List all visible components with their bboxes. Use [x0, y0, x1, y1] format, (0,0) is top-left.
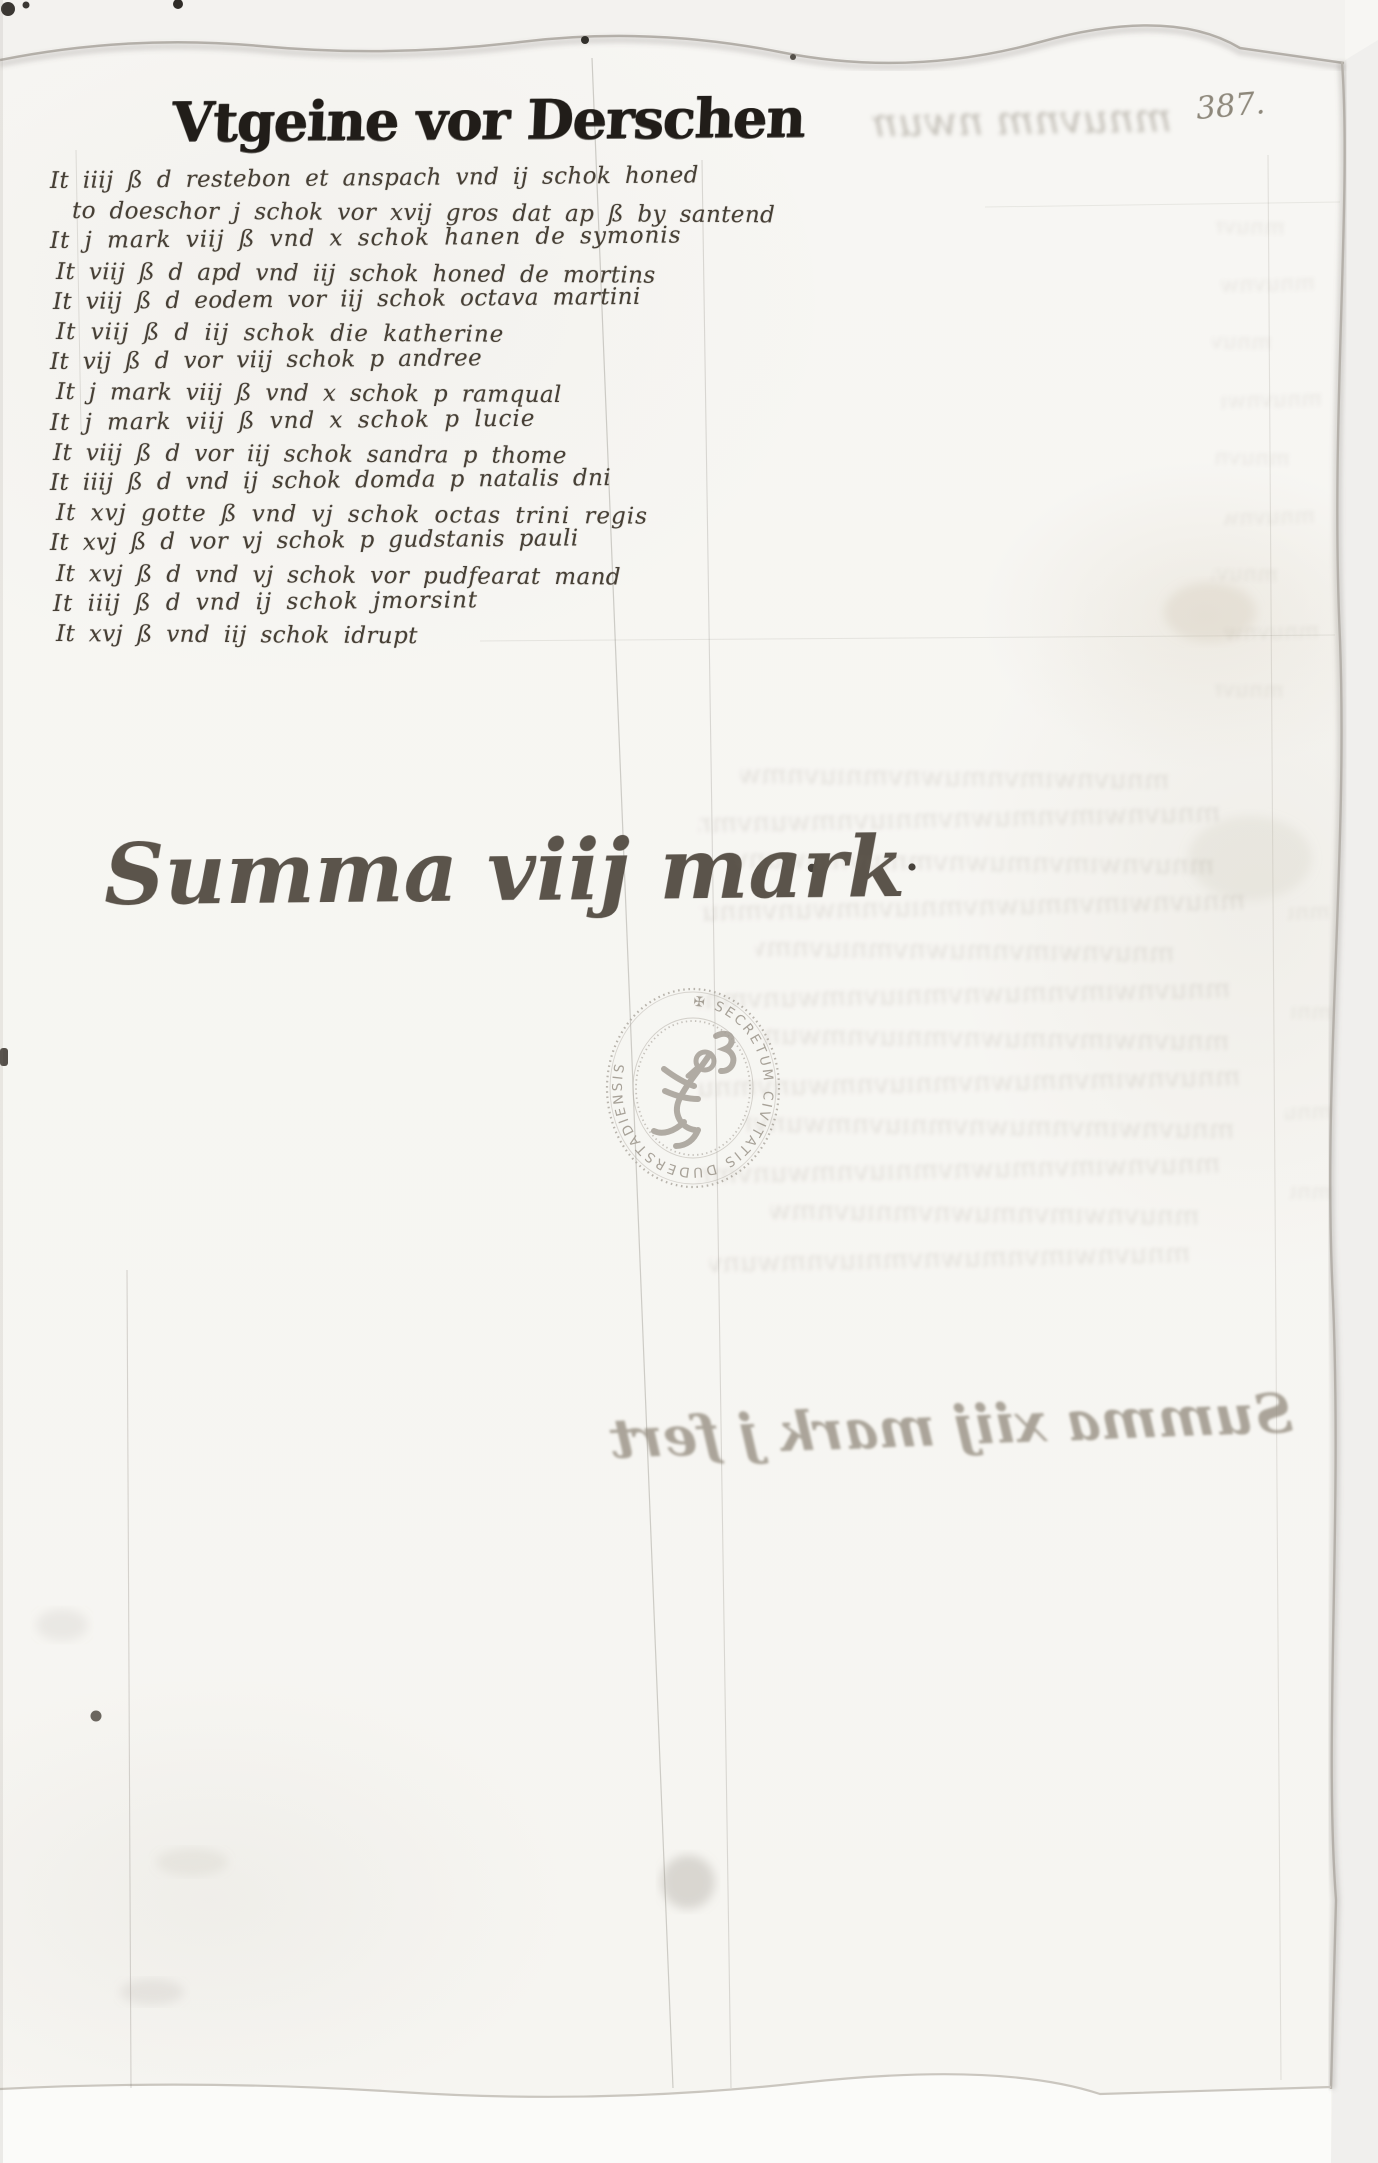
bleedthrough-mark: mnuvnwım — [1219, 271, 1316, 299]
scan-background-right — [1330, 40, 1378, 2163]
bleedthrough-mark: mnuvnwımvnmuwnvmnıuvnmwunvmnuvnw — [698, 801, 1221, 838]
entry-line: It xvj ß d vor vj schok p gudstanis paul… — [50, 522, 740, 558]
bleedthrough-mark: mnuvnwımvnmuwnvmnıuvnmwunvmn — [754, 935, 1176, 967]
scan-background-bottom — [0, 2074, 1331, 2163]
edge-speck — [790, 54, 796, 60]
scan-background-top — [0, 0, 1345, 62]
smudge-left — [36, 1609, 88, 1641]
entry-line: It j mark viij ß vnd x schok p lucie — [50, 402, 740, 438]
manuscript-page-scan: Vtgeine vor Derschen 387. mnuvnm nwum vn… — [0, 0, 1378, 2163]
bleedthrough-mark: mnuvnw — [1213, 214, 1286, 241]
corner-mark — [1, 2, 15, 16]
entry-line: It iiij ß d vnd ij schok domda p natalis… — [50, 462, 740, 498]
section-heading: Vtgeine vor Derschen — [170, 86, 773, 154]
corner-mark — [173, 0, 183, 9]
bleedthrough-mark: mnuvnwım — [1223, 619, 1320, 647]
ink-speck — [91, 1711, 102, 1722]
bleedthrough-mark: mnuvnwı — [1224, 504, 1316, 532]
bleedthrough-mark: mnuvnwım — [1221, 387, 1323, 416]
entry-line: It iiij ß d vnd ij schok jmorsint — [53, 583, 740, 619]
entry-line: It iiij ß d restebon et anspach vnd ij s… — [50, 160, 740, 196]
crease-line-upper — [985, 202, 1340, 207]
smudge-center-bottom — [661, 1855, 715, 1909]
smudge-left-lower — [156, 1848, 228, 1876]
corner-mark — [23, 2, 30, 9]
entry-line: It xvj ß vnd iij schok idrupt — [56, 619, 740, 653]
bleedthrough-mark: mnuvn — [1211, 561, 1279, 588]
top-edge-shadow — [0, 29, 1344, 67]
summa-line: Summa viij mark — [103, 819, 744, 925]
edge-speck — [581, 36, 589, 44]
entry-line: It j mark viij ß vnd x schok hanen de sy… — [50, 220, 740, 256]
bleedthrough-mark: mnuvnwımvnmuwnvmnıuvnmwunvmnu — [739, 762, 1171, 794]
bleedthrough-mark: mnuv — [1287, 899, 1331, 926]
folio-number: 387. — [1195, 85, 1267, 127]
entry-list: It iiij ß d restebon et anspach vnd ij s… — [50, 166, 740, 649]
bleedthrough-mark: mnuvnwımvnmuwnvmnıuvnmwunvmnuvnw — [708, 1241, 1191, 1277]
left-edge-notch — [0, 1048, 8, 1066]
bleedthrough-mark: mnuvnw — [1213, 445, 1291, 473]
bleedthrough-mark: mnuvnwımvnmuwnvmnıuvnmwunvmnuvnw — [744, 1111, 1236, 1144]
bleedthrough-summa: Summa xiij mark j fert — [597, 1381, 1294, 1472]
left-edge-shading — [0, 0, 3, 2163]
bottom-paper-edge — [0, 2074, 1331, 2097]
bleedthrough-mark: mnuv — [1290, 1000, 1333, 1027]
bleedthrough-mark: mnuvn — [1210, 329, 1273, 356]
right-edge-shadow — [1330, 62, 1344, 2089]
bleedthrough-heading: mnuvnm nwum vnmuv — [872, 95, 1173, 146]
entry-line: It vij ß d vor viij schok p andree — [50, 341, 740, 377]
fold-line-left — [127, 1270, 131, 2088]
bleedthrough-mark: mnuv — [1288, 1180, 1333, 1207]
bleedthrough-mark: mnuv — [1285, 1099, 1333, 1126]
smudge-bottom-left — [120, 1979, 184, 2005]
bleedthrough-mark: mnuvnwımvnmuwnvmnıuvnmwunvmnuvnw — [759, 1023, 1231, 1056]
right-paper-edge — [1330, 62, 1344, 2089]
fold-line-right — [1268, 155, 1281, 2080]
entry-line: It viij ß d eodem vor iij schok octava m… — [53, 281, 740, 317]
bleedthrough-mark: mnuvnwımvnmuwnvmnıuvnmwunvmnu — [769, 1198, 1201, 1230]
bleedthrough-mark: mnuvnw — [1212, 677, 1285, 704]
top-paper-edge — [0, 25, 1344, 63]
